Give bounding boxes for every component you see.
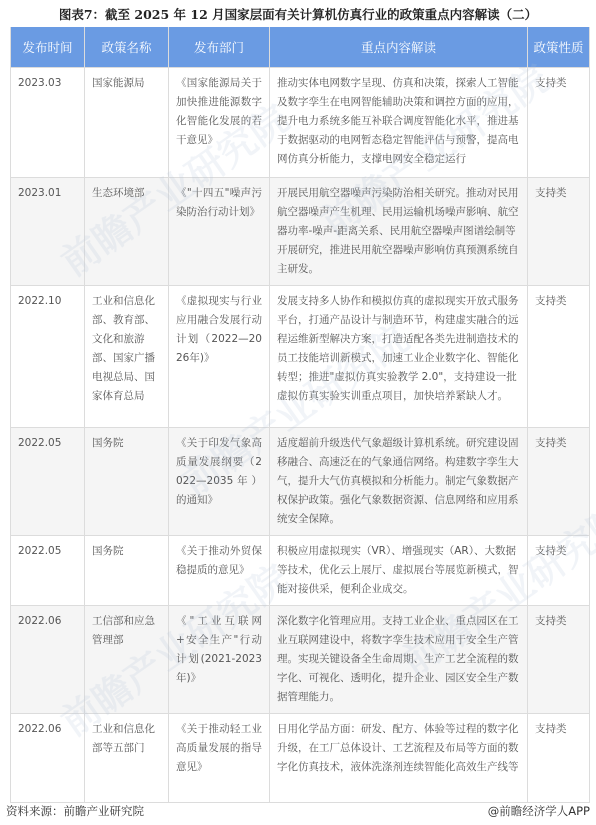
cell-content: 积极应用虚拟现实（VR）、增强现实（AR）、大数据等技术，优化云上展厅、虚拟展台… — [270, 536, 528, 606]
table-row: 2022.10 工业和信息化部、教育部、文化和旅游部、国家广播电视总局、国家体育… — [11, 286, 590, 428]
header-date: 发布时间 — [11, 27, 85, 68]
header-content: 重点内容解读 — [270, 27, 528, 68]
policy-table: 发布时间 政策名称 发布部门 重点内容解读 政策性质 2023.03 国家能源局… — [10, 27, 590, 803]
cell-date: 2022.05 — [11, 428, 85, 536]
table-row: 2023.01 生态环境部 《"十四五"噪声污染防治行动计划》 开展民用航空器噪… — [11, 178, 590, 286]
cell-dept: 工业和信息化部、教育部、文化和旅游部、国家广播电视总局、国家体育总局 — [85, 286, 169, 428]
table-header-row: 发布时间 政策名称 发布部门 重点内容解读 政策性质 — [11, 27, 590, 68]
cell-dept: 国务院 — [85, 536, 169, 606]
cell-policy: 《虚拟现实与行业应用融合发展行动计划（2022—2026年)》 — [169, 286, 270, 428]
cell-nature: 支持类 — [528, 428, 590, 536]
header-dept: 政策名称 — [85, 27, 169, 68]
table-row: 2023.03 国家能源局 《国家能源局关于加快推进能源数字化智能化发展的若干意… — [11, 68, 590, 178]
cell-policy: 《国家能源局关于加快推进能源数字化智能化发展的若干意见》 — [169, 68, 270, 178]
cell-date: 2022.10 — [11, 286, 85, 428]
cell-content: 适度超前升级迭代气象超级计算机系统。研究建设固移融合、高速泛在的气象通信网络。构… — [270, 428, 528, 536]
figure-title: 图表7：截至 2025 年 12 月国家层面有关计算机仿真行业的政策重点内容解读… — [0, 4, 596, 26]
header-nature: 政策性质 — [528, 27, 590, 68]
cell-policy: 《"十四五"噪声污染防治行动计划》 — [169, 178, 270, 286]
cell-policy: 《关于推动轻工业高质量发展的指导意见》 — [169, 714, 270, 803]
cell-policy: 《"工业互联网+安全生产"行动计划(2021-2023年)》 — [169, 606, 270, 714]
cell-date: 2022.06 — [11, 714, 85, 803]
cell-dept: 工信部和应急管理部 — [85, 606, 169, 714]
table-row: 2022.06 工业和信息化部等五部门 《关于推动轻工业高质量发展的指导意见》 … — [11, 714, 590, 803]
cell-nature: 支持类 — [528, 714, 590, 803]
cell-date: 2023.03 — [11, 68, 85, 178]
cell-nature: 支持类 — [528, 286, 590, 428]
cell-policy: 《关于推动外贸保稳提质的意见》 — [169, 536, 270, 606]
app-credit: @前瞻经济学人APP — [488, 803, 590, 819]
cell-content: 日用化学品方面：研发、配方、体验等过程的数字化升级，在工厂总体设计、工艺流程及布… — [270, 714, 528, 803]
cell-dept: 国家能源局 — [85, 68, 169, 178]
cell-date: 2022.05 — [11, 536, 85, 606]
table-row: 2022.05 国务院 《关于推动外贸保稳提质的意见》 积极应用虚拟现实（VR）… — [11, 536, 590, 606]
cell-content: 推动实体电网数字呈现、仿真和决策，探索人工智能及数字孪生在电网智能辅助决策和调控… — [270, 68, 528, 178]
cell-content: 开展民用航空器噪声污染防治相关研究。推动对民用航空器噪声产生机理、民用运输机场噪… — [270, 178, 528, 286]
cell-nature: 支持类 — [528, 536, 590, 606]
cell-dept: 工业和信息化部等五部门 — [85, 714, 169, 803]
source-note: 资料来源：前瞻产业研究院 — [6, 803, 144, 819]
header-policy: 发布部门 — [169, 27, 270, 68]
cell-policy: 《关于印发气象高质量发展纲要（2022—2035年）的通知》 — [169, 428, 270, 536]
cell-nature: 支持类 — [528, 68, 590, 178]
cell-content: 发展支持多人协作和模拟仿真的虚拟现实开放式服务平台，打通产品设计与制造环节，构建… — [270, 286, 528, 428]
cell-nature: 支持类 — [528, 178, 590, 286]
cell-content: 深化数字化管理应用。支持工业企业、重点园区在工业互联网建设中，将数字孪生技术应用… — [270, 606, 528, 714]
cell-dept: 生态环境部 — [85, 178, 169, 286]
table-row: 2022.05 国务院 《关于印发气象高质量发展纲要（2022—2035年）的通… — [11, 428, 590, 536]
cell-date: 2023.01 — [11, 178, 85, 286]
cell-nature: 支持类 — [528, 606, 590, 714]
table-row: 2022.06 工信部和应急管理部 《"工业互联网+安全生产"行动计划(2021… — [11, 606, 590, 714]
cell-dept: 国务院 — [85, 428, 169, 536]
cell-date: 2022.06 — [11, 606, 85, 714]
